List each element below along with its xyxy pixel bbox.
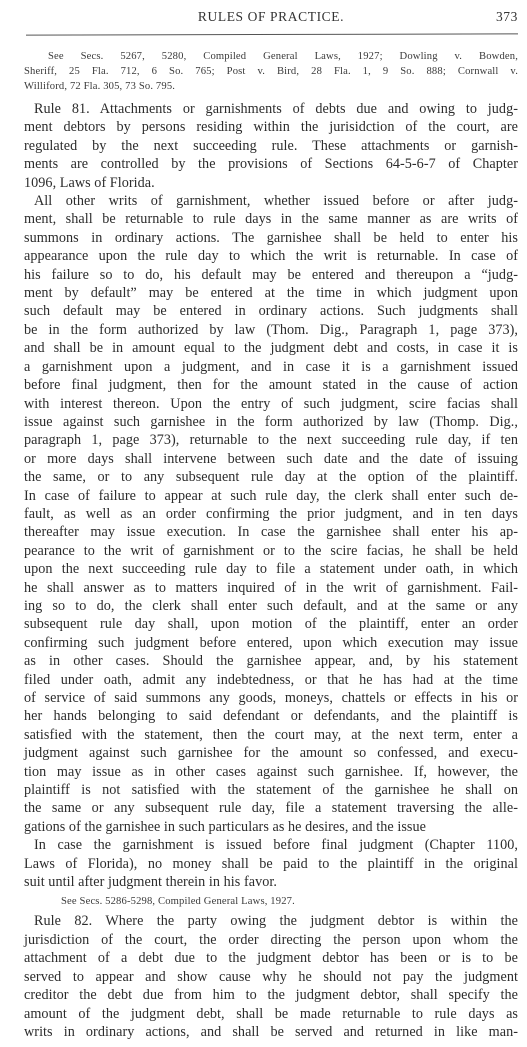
- text-line: thereafter may issue execution. In case …: [24, 523, 518, 541]
- text-line: ing so to do, the clerk shall enter such…: [24, 597, 518, 615]
- text-line: creditor the debt due from him to the ju…: [24, 986, 518, 1004]
- text-line: ments are controlled by the provisions o…: [24, 155, 518, 173]
- text-line: 1096, Laws of Florida.: [24, 174, 518, 192]
- rule-81-paragraph-3: In case the garnishment is issued before…: [24, 836, 518, 891]
- text-line: as in other cases. Should the garnishee …: [24, 652, 518, 670]
- text-line: jurisdiction of the court, the order dir…: [24, 931, 518, 949]
- text-line: served to appear and show cause why he s…: [24, 968, 518, 986]
- text-line: ment debtors by persons residing within …: [24, 118, 518, 136]
- text-line: such default may be entered in ordinary …: [24, 302, 518, 320]
- text-line: Rule 82. Where the party owing the judgm…: [24, 912, 518, 930]
- text-line: suit until after judgment therein in his…: [24, 873, 518, 891]
- text-line: ment, shall be returnable to rule days i…: [24, 210, 518, 228]
- text-line: In case the garnishment is issued before…: [24, 836, 518, 854]
- citation-line: Williford, 72 Fla. 305, 73 So. 795.: [24, 79, 518, 94]
- text-line: Laws of Florida), no money shall be paid…: [24, 855, 518, 873]
- text-line: attachment of a debt due to the judgment…: [24, 949, 518, 967]
- text-line: her hands belonging to said defendant or…: [24, 707, 518, 725]
- text-line: judgment against such garnishee for the …: [24, 744, 518, 762]
- header-divider: [26, 33, 518, 35]
- citation-top: See Secs. 5267, 5280, Compiled General L…: [24, 49, 518, 94]
- text-line: and shall be in amount equal to the judg…: [24, 339, 518, 357]
- text-line: appearance upon the rule day to which th…: [24, 247, 518, 265]
- text-line: of service of said summons any goods, mo…: [24, 689, 518, 707]
- text-line: pearance to the writ of garnishment or t…: [24, 542, 518, 560]
- text-line: be in the form authorized by law (Thom. …: [24, 321, 518, 339]
- text-line: fault, as well as an order confirming th…: [24, 505, 518, 523]
- page-number: 373: [496, 9, 518, 25]
- text-line: ment by default” may be entered at the t…: [24, 284, 518, 302]
- text-line: gations of the garnishee in such particu…: [24, 818, 518, 836]
- text-line: confirming such judgment before entered,…: [24, 634, 518, 652]
- rule-81-paragraph-1: Rule 81. Attachments or garnishments of …: [24, 100, 518, 192]
- rule-82-paragraph-1: Rule 82. Where the party owing the judgm…: [24, 912, 518, 1041]
- text-line: writs in ordinary actions, and shall be …: [24, 1023, 518, 1041]
- text-line: Rule 81. Attachments or garnishments of …: [24, 100, 518, 118]
- running-header: RULES OF PRACTICE. 373: [24, 7, 518, 29]
- text-line: a garnishment upon a judgment, and in ca…: [24, 358, 518, 376]
- running-title: RULES OF PRACTICE.: [24, 9, 518, 25]
- text-line: his failure so to do, his default may be…: [24, 266, 518, 284]
- text-line: the same, or to any subsequent rule day …: [24, 468, 518, 486]
- document-page: RULES OF PRACTICE. 373 See Secs. 5267, 5…: [24, 0, 518, 1041]
- text-line: subsequent rule day shall, upon motion o…: [24, 615, 518, 633]
- text-line: amount of the judgment debt, shall be ma…: [24, 1005, 518, 1023]
- text-line: tion may issue as in other cases against…: [24, 763, 518, 781]
- text-line: summons in ordinary actions. The garnish…: [24, 229, 518, 247]
- text-line: upon the next succeeding rule day to fil…: [24, 560, 518, 578]
- text-line: before final judgment, then for the amou…: [24, 376, 518, 394]
- text-line: he shall answer as to matters inquired o…: [24, 579, 518, 597]
- citation-line: Sheriff, 25 Fla. 712, 6 So. 765; Post v.…: [24, 64, 518, 79]
- text-line: All other writs of garnishment, whether …: [24, 192, 518, 210]
- text-line: issue against such garnishee in the form…: [24, 413, 518, 431]
- text-line: satisfied with the statement, then the c…: [24, 726, 518, 744]
- text-line: plaintiff is not satisfied with the stat…: [24, 781, 518, 799]
- text-line: or more days shall intervene between suc…: [24, 450, 518, 468]
- rule-81-paragraph-2: All other writs of garnishment, whether …: [24, 192, 518, 836]
- text-line: filed under oath, admit any indebtedness…: [24, 671, 518, 689]
- citation-line: See Secs. 5286-5298, Compiled General La…: [61, 896, 295, 907]
- rule-81-citation: See Secs. 5286-5298, Compiled General La…: [24, 894, 518, 909]
- citation-line: See Secs. 5267, 5280, Compiled General L…: [24, 49, 518, 64]
- text-line: paragraph 1, page 373), returnable to th…: [24, 431, 518, 449]
- text-line: the same or any subsequent rule day, fil…: [24, 799, 518, 817]
- text-line: with interest thereon. Upon the entry of…: [24, 395, 518, 413]
- text-line: regulated by the next succeeding rule. T…: [24, 137, 518, 155]
- text-line: In case of failure to appear at such rul…: [24, 487, 518, 505]
